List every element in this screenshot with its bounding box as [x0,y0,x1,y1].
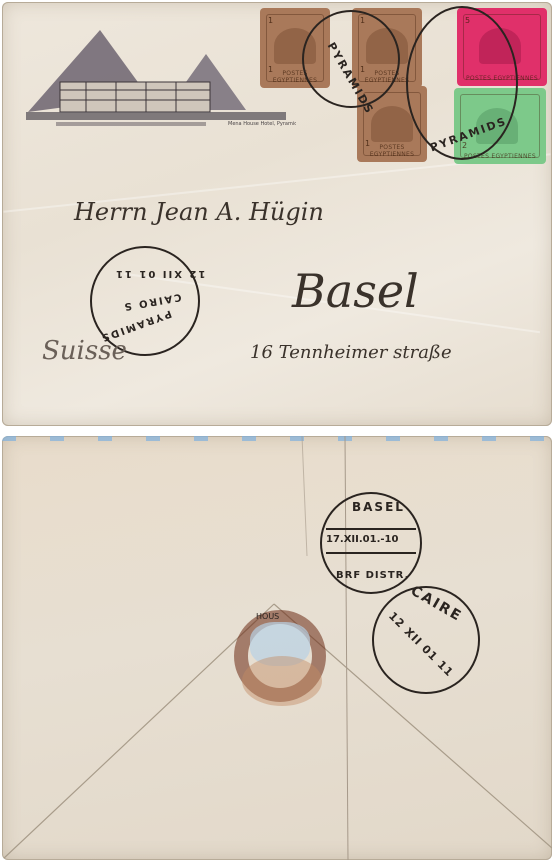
caire-postmark: CAIRE 12 XII 01 11 [372,586,480,694]
address-city: Basel [292,264,419,318]
envelope-front: Mena House Hotel, Pyramids 1 1 POSTES EG… [2,2,552,426]
pyramids-cancel-postmark: PYRAMIDS [406,6,518,160]
address-street: 16 Tennheimer straße [250,342,452,363]
address-recipient: Herrn Jean A. Hügin [74,198,324,226]
pyramids-cancel-postmark: PYRAMIDS [302,10,400,108]
basel-postmark: BASEL 17.XII.01.-10 BRF DISTR. [320,492,422,594]
wax-seal: HOUS [224,604,336,716]
svg-text:Mena House Hotel, Pyramids: Mena House Hotel, Pyramids [228,121,296,127]
address-country: Suisse [42,336,127,366]
envelope-back: HOUS BASEL 17.XII.01.-10 BRF DISTR. CAIR… [2,436,552,860]
pyramids-hotel-vignette: Mena House Hotel, Pyramids [16,24,296,134]
